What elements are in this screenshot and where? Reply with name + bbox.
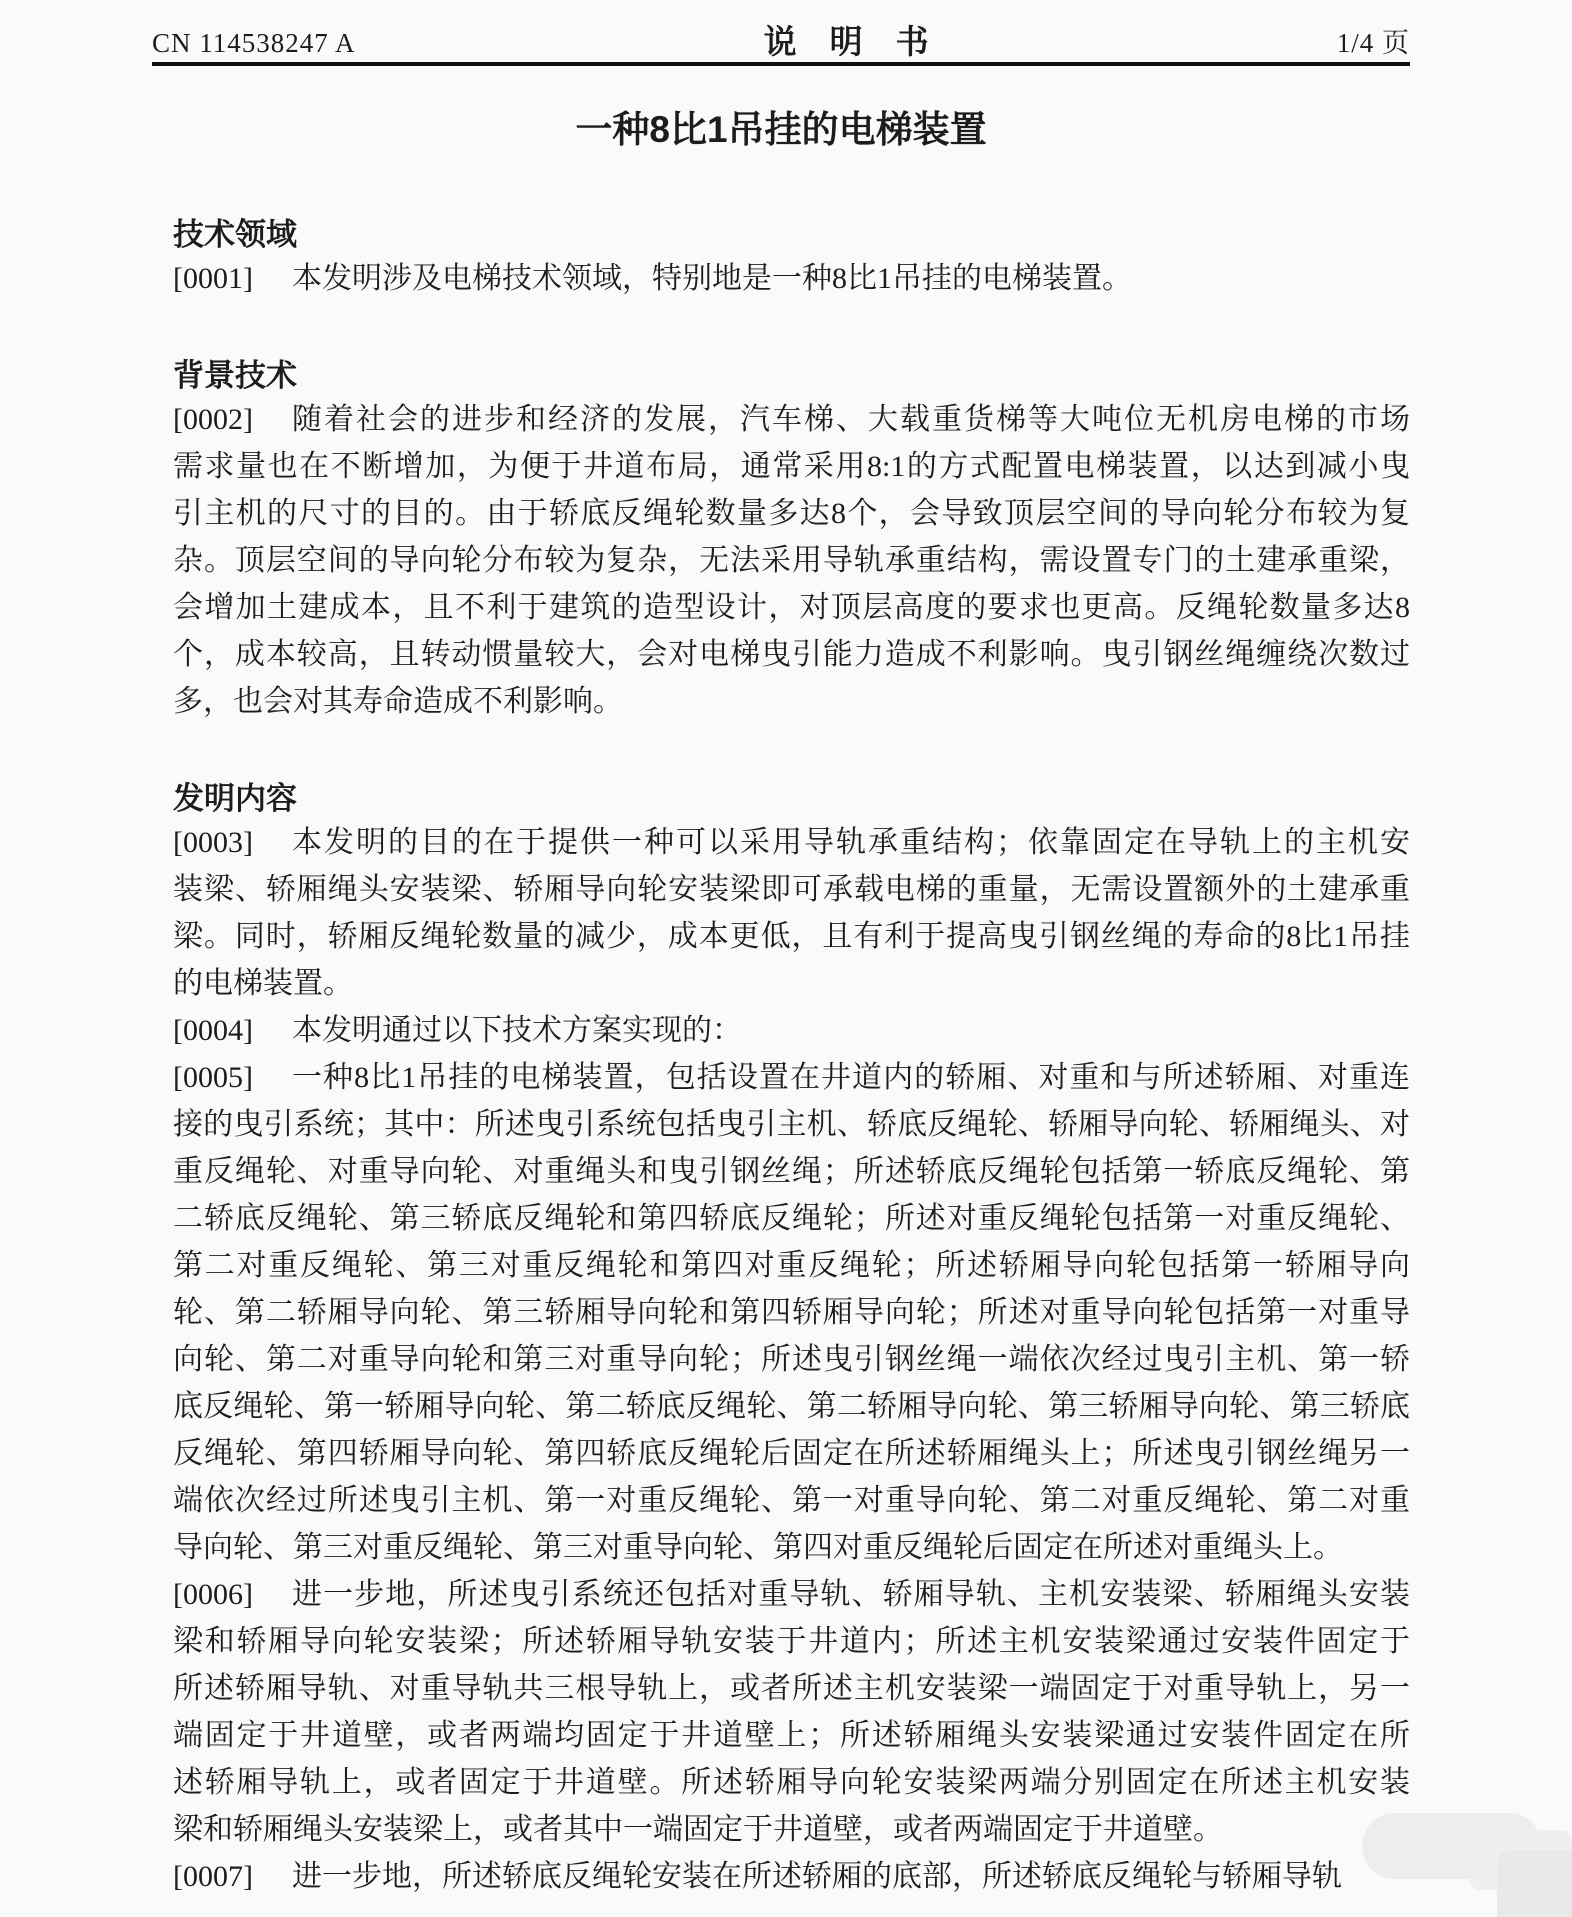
paragraph-line: 向轮、第二对重导向轮和第三对重导向轮；所述曳引钢丝绳一端依次经过曳引主机、第一轿 <box>173 1336 1410 1383</box>
paragraph-number: [0004] <box>173 1007 292 1054</box>
section-heading: 背景技术 <box>173 356 1410 396</box>
paragraph-line: 端依次经过所述曳引主机、第一对重反绳轮、第一对重导向轮、第二对重反绳轮、第二对重 <box>173 1477 1410 1524</box>
paragraph-line: 第二对重反绳轮、第三对重反绳轮和第四对重反绳轮；所述轿厢导向轮包括第一轿厢导向 <box>173 1242 1410 1289</box>
paragraph-line: 所述轿厢导轨、对重导轨共三根导轨上，或者所述主机安装梁一端固定于对重导轨上，另一 <box>173 1665 1410 1712</box>
paragraph-line: 二轿底反绳轮、第三轿底反绳轮和第四轿底反绳轮；所述对重反绳轮包括第一对重反绳轮、 <box>173 1195 1410 1242</box>
paragraph-line: 梁。同时，轿厢反绳轮数量的减少，成本更低，且有利于提高曳引钢丝绳的寿命的8比1吊… <box>173 913 1410 960</box>
paragraph-line: 梁和轿厢绳头安装梁上，或者其中一端固定于井道壁，或者两端固定于井道壁。 <box>173 1806 1410 1853</box>
paragraph-line: 导向轮、第三对重反绳轮、第三对重导向轮、第四对重反绳轮后固定在所述对重绳头上。 <box>173 1524 1410 1571</box>
paragraph-text: 进一步地，所述轿底反绳轮安装在所述轿厢的底部，所述轿底反绳轮与轿厢导轨 <box>292 1853 1410 1900</box>
patent-page: CN 114538247 A 说 明 书 1/4 页 一种8比1吊挂的电梯装置 … <box>152 0 1410 1900</box>
header-doc-number: CN 114538247 A <box>152 26 356 60</box>
paragraph-line: 梁和轿厢导向轮安装梁；所述轿厢导轨安装于井道内；所述主机安装梁通过安装件固定于 <box>173 1618 1410 1665</box>
paragraph-line: 轮、第二轿厢导向轮、第三轿厢导向轮和第四轿厢导向轮；所述对重导向轮包括第一对重导 <box>173 1289 1410 1336</box>
paragraph-line: 反绳轮、第四轿厢导向轮、第四轿底反绳轮后固定在所述轿厢绳头上；所述曳引钢丝绳另一 <box>173 1430 1410 1477</box>
paragraph-line: 端固定于井道壁，或者两端均固定于井道壁上；所述轿厢绳头安装梁通过安装件固定在所 <box>173 1712 1410 1759</box>
paragraph-line: 重反绳轮、对重导向轮、对重绳头和曳引钢丝绳；所述轿底反绳轮包括第一轿底反绳轮、第 <box>173 1148 1410 1195</box>
paragraph: [0005]一种8比1吊挂的电梯装置，包括设置在井道内的轿厢、对重和与所述轿厢、… <box>173 1054 1410 1571</box>
paragraph-text: 本发明通过以下技术方案实现的： <box>292 1007 1410 1054</box>
paragraph-text: 本发明涉及电梯技术领域，特别地是一种8比1吊挂的电梯装置。 <box>292 255 1410 302</box>
paragraph-number: [0003] <box>173 819 292 866</box>
paragraph-line: 的电梯装置。 <box>173 960 1410 1007</box>
paragraph-line: 装梁、轿厢绳头安装梁、轿厢导向轮安装梁即可承载电梯的重量，无需设置额外的土建承重 <box>173 866 1410 913</box>
header-doc-type: 说 明 书 <box>764 24 929 60</box>
paragraph-number: [0005] <box>173 1054 292 1101</box>
paragraph-line: [0007]进一步地，所述轿底反绳轮安装在所述轿厢的底部，所述轿底反绳轮与轿厢导… <box>173 1853 1410 1900</box>
paragraph-line: [0005]一种8比1吊挂的电梯装置，包括设置在井道内的轿厢、对重和与所述轿厢、… <box>173 1054 1410 1101</box>
paragraph-line: [0001]本发明涉及电梯技术领域，特别地是一种8比1吊挂的电梯装置。 <box>173 255 1410 302</box>
paragraph: [0007]进一步地，所述轿底反绳轮安装在所述轿厢的底部，所述轿底反绳轮与轿厢导… <box>173 1853 1410 1900</box>
paragraph: [0002]随着社会的进步和经济的发展，汽车梯、大载重货梯等大吨位无机房电梯的市… <box>173 396 1410 725</box>
paragraph-line: 会增加土建成本，且不利于建筑的造型设计，对顶层高度的要求也更高。反绳轮数量多达8 <box>173 584 1410 631</box>
paragraph: [0003]本发明的目的在于提供一种可以采用导轨承重结构；依靠固定在导轨上的主机… <box>173 819 1410 1007</box>
paragraph-number: [0007] <box>173 1853 292 1900</box>
header-page-indicator: 1/4 页 <box>1337 26 1410 60</box>
paragraph-line: 个，成本较高，且转动惯量较大，会对电梯曳引能力造成不利影响。曳引钢丝绳缠绕次数过 <box>173 631 1410 678</box>
sections: 技术领域[0001]本发明涉及电梯技术领域，特别地是一种8比1吊挂的电梯装置。背… <box>152 215 1410 1900</box>
paragraph-line: 多，也会对其寿命造成不利影响。 <box>173 678 1410 725</box>
paragraph-text: 进一步地，所述曳引系统还包括对重导轨、轿厢导轨、主机安装梁、轿厢绳头安装 <box>292 1571 1410 1618</box>
page-header: CN 114538247 A 说 明 书 1/4 页 <box>152 0 1410 60</box>
paragraph-line: [0002]随着社会的进步和经济的发展，汽车梯、大载重货梯等大吨位无机房电梯的市… <box>173 396 1410 443</box>
section: 背景技术[0002]随着社会的进步和经济的发展，汽车梯、大载重货梯等大吨位无机房… <box>173 356 1410 725</box>
paragraph: [0004]本发明通过以下技术方案实现的： <box>173 1007 1410 1054</box>
paragraph-line: [0003]本发明的目的在于提供一种可以采用导轨承重结构；依靠固定在导轨上的主机… <box>173 819 1410 866</box>
patent-title: 一种8比1吊挂的电梯装置 <box>152 108 1410 152</box>
paragraph-number: [0006] <box>173 1571 292 1618</box>
paragraph-number: [0002] <box>173 396 292 443</box>
paragraph-line: 杂。顶层空间的导向轮分布较为复杂，无法采用导轨承重结构，需设置专门的土建承重梁， <box>173 537 1410 584</box>
paragraph-line: 需求量也在不断增加，为便于井道布局，通常采用8:1的方式配置电梯装置，以达到减小… <box>173 443 1410 490</box>
section: 发明内容[0003]本发明的目的在于提供一种可以采用导轨承重结构；依靠固定在导轨… <box>173 779 1410 1900</box>
header-rule <box>152 62 1410 66</box>
paragraph-line: [0006]进一步地，所述曳引系统还包括对重导轨、轿厢导轨、主机安装梁、轿厢绳头… <box>173 1571 1410 1618</box>
section-heading: 技术领域 <box>173 215 1410 255</box>
paragraph: [0006]进一步地，所述曳引系统还包括对重导轨、轿厢导轨、主机安装梁、轿厢绳头… <box>173 1571 1410 1853</box>
paragraph-text: 随着社会的进步和经济的发展，汽车梯、大载重货梯等大吨位无机房电梯的市场 <box>292 396 1410 443</box>
paragraph-line: 述轿厢导轨上，或者固定于井道壁。所述轿厢导向轮安装梁两端分别固定在所述主机安装 <box>173 1759 1410 1806</box>
watermark-blob <box>1470 1830 1572 1890</box>
watermark-blob <box>1497 1850 1572 1917</box>
paragraph-number: [0001] <box>173 255 292 302</box>
section: 技术领域[0001]本发明涉及电梯技术领域，特别地是一种8比1吊挂的电梯装置。 <box>173 215 1410 302</box>
paragraph: [0001]本发明涉及电梯技术领域，特别地是一种8比1吊挂的电梯装置。 <box>173 255 1410 302</box>
paragraph-text: 本发明的目的在于提供一种可以采用导轨承重结构；依靠固定在导轨上的主机安 <box>292 819 1410 866</box>
paragraph-line: 接的曳引系统；其中：所述曳引系统包括曳引主机、轿底反绳轮、轿厢导向轮、轿厢绳头、… <box>173 1101 1410 1148</box>
paragraph-line: 引主机的尺寸的目的。由于轿底反绳轮数量多达8个，会导致顶层空间的导向轮分布较为复 <box>173 490 1410 537</box>
paragraph-line: [0004]本发明通过以下技术方案实现的： <box>173 1007 1410 1054</box>
paragraph-line: 底反绳轮、第一轿厢导向轮、第二轿底反绳轮、第二轿厢导向轮、第三轿厢导向轮、第三轿… <box>173 1383 1410 1430</box>
section-heading: 发明内容 <box>173 779 1410 819</box>
paragraph-text: 一种8比1吊挂的电梯装置，包括设置在井道内的轿厢、对重和与所述轿厢、对重连 <box>292 1054 1410 1101</box>
